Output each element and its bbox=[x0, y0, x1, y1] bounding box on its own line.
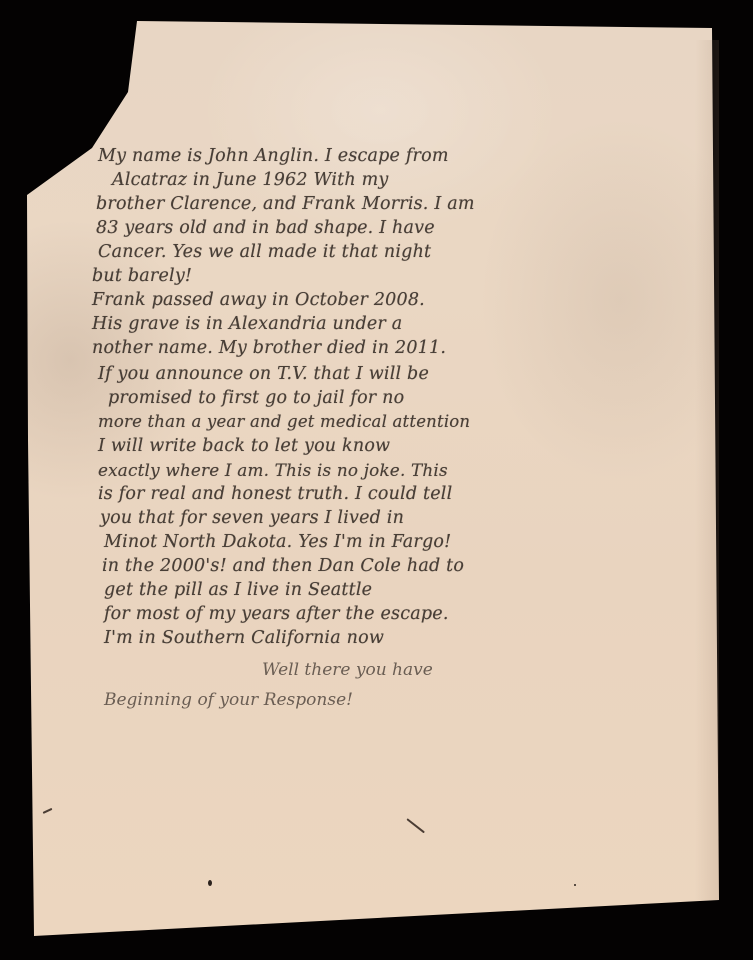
closing-line: Well there you have bbox=[262, 660, 433, 680]
ink-speck bbox=[574, 884, 576, 886]
letter-line: in the 2000's! and then Dan Cole had to bbox=[102, 556, 464, 576]
letter-line: get the pill as I live in Seattle bbox=[104, 580, 372, 600]
letter-line: you that for seven years I lived in bbox=[100, 508, 404, 528]
letter-line: but barely! bbox=[92, 266, 192, 286]
letter-line: more than a year and get medical attenti… bbox=[98, 412, 470, 431]
letter-line: Alcatraz in June 1962 With my bbox=[112, 170, 389, 190]
letter-line: exactly where I am. This is no joke. Thi… bbox=[98, 460, 448, 480]
letter-line: promised to first go to jail for no bbox=[108, 388, 404, 408]
letter-line: I'm in Southern California now bbox=[104, 628, 384, 648]
letter-line: My name is John Anglin. I escape from bbox=[98, 146, 449, 166]
ink-speck bbox=[208, 880, 212, 886]
letter-line: 83 years old and in bad shape. I have bbox=[96, 218, 435, 238]
letter-line: Minot North Dakota. Yes I'm in Fargo! bbox=[104, 532, 451, 552]
letter-line: Frank passed away in October 2008. bbox=[92, 290, 425, 310]
letter-line: brother Clarence, and Frank Morris. I am bbox=[96, 194, 475, 214]
letter-line: If you announce on T.V. that I will be bbox=[98, 364, 429, 384]
letter-line: Cancer. Yes we all made it that night bbox=[98, 242, 431, 262]
paper-edge-shadow bbox=[695, 40, 719, 900]
letter-line: for most of my years after the escape. bbox=[104, 604, 449, 624]
letter-paper bbox=[0, 0, 753, 960]
letter-line: I will write back to let you know bbox=[98, 436, 390, 456]
letter-line: nother name. My brother died in 2011. bbox=[92, 338, 446, 358]
letter-line: is for real and honest truth. I could te… bbox=[98, 484, 452, 504]
letter-line: His grave is in Alexandria under a bbox=[92, 314, 402, 334]
closing-line: Beginning of your Response! bbox=[104, 690, 353, 710]
